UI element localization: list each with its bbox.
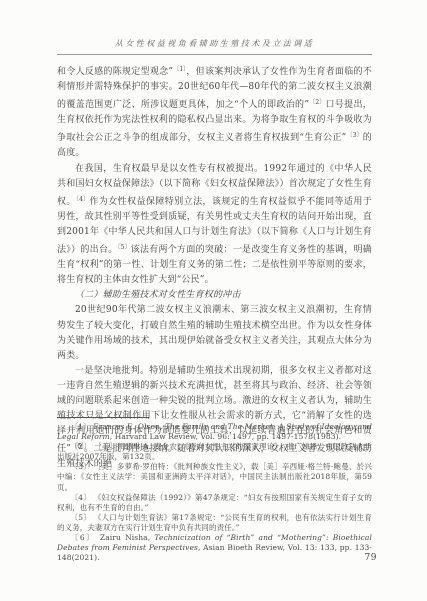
running-header-title: 从女性权益视角看辅助生殖技术及立法调适 [57, 38, 372, 49]
footnote-list: 〔1〕 Frances E. Olsen, The Family and The… [57, 422, 372, 563]
footnote: 〔6〕 Zairu Nisha, Technicization of “Birt… [57, 533, 372, 563]
body-paragraph: 和令人反感的陈规定型观念”〔1〕，但该案判决承认了女性作为生育者面临的不利情形并… [57, 62, 372, 162]
footnote-reference: 〔2〕 [309, 99, 325, 106]
article-body: 和令人反感的陈规定型观念”〔1〕，但该案判决承认了女性作为生育者面临的不利情形并… [57, 62, 372, 472]
footnote-reference: 〔5〕 [118, 244, 131, 251]
footnote: 〔2〕 ［美］凯瑟琳·A. 麦金农：《迈向女性主义的国家理论》，曲广娣译，中国政… [57, 442, 372, 462]
document-page: 从女性权益视角看辅助生殖技术及立法调适 和令人反感的陈规定型观念”〔1〕，但该案… [0, 0, 427, 601]
footnote: 〔1〕 Frances E. Olsen, The Family and The… [57, 422, 372, 442]
footnote-reference: 〔3〕 [346, 132, 362, 139]
running-header: 从女性权益视角看辅助生殖技术及立法调适 [57, 38, 372, 55]
body-paragraph: 在我国，生育权最早是以女性专有权被提出。1992年通过的《中华人民共和国妇女权益… [57, 162, 372, 289]
header-rule [57, 54, 372, 55]
body-paragraph: （二）辅助生殖技术对女性生育权的冲击 [57, 288, 372, 303]
footnote: 〔3〕 ［美］多萝希·罗伯特：《批判种族女性主义》，载［美］辛西娅·格兰特·鲍曼… [57, 462, 372, 492]
footnote-reference: 〔4〕 [76, 196, 90, 203]
footnotes-section: 〔1〕 Frances E. Olsen, The Family and The… [57, 417, 372, 563]
footnote-separator [57, 417, 149, 418]
body-paragraph: 20世纪90年代第二波女权主义浪潮末、第三波女权主义浪潮初，生育情势发生了较大变… [57, 303, 372, 363]
footnote-reference: 〔1〕 [173, 66, 186, 73]
footnote: 〔5〕 《人口与计划生育法》第17条规定：“公民有生育的权利，也有依法实行计划生… [57, 513, 372, 533]
page-number: 79 [365, 553, 377, 563]
footnote: 〔4〕 《妇女权益保障法（1992）》第47条规定：“妇女有按照国家有关规定生育… [57, 493, 372, 513]
